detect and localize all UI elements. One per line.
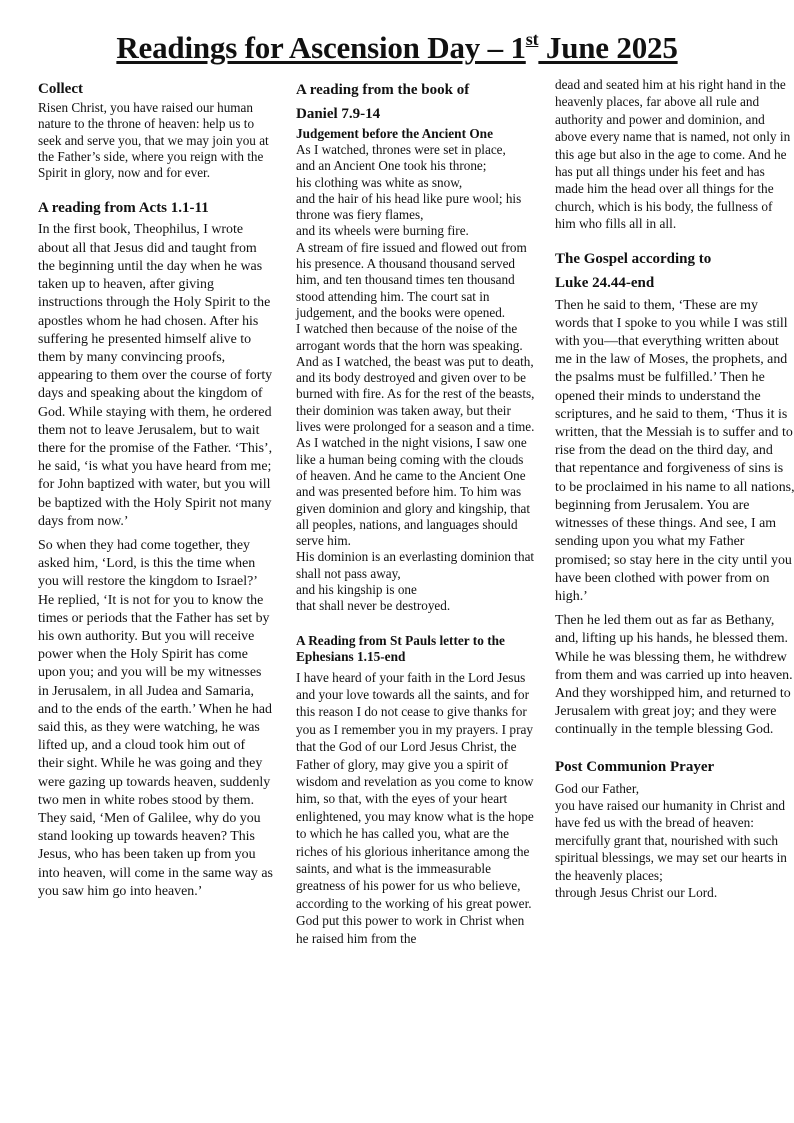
acts-paragraph-1: In the first book, Theophilus, I wrote a… <box>38 221 274 530</box>
title-end: June 2025 <box>538 30 677 65</box>
page-title: Readings for Ascension Day – 1st June 20… <box>0 28 794 68</box>
daniel-text: As I watched, thrones were set in place,… <box>296 142 536 615</box>
ephesians-heading: A Reading from St Pauls letter to the Ep… <box>296 633 536 665</box>
column-middle: A reading from the book of Daniel 7.9-14… <box>296 78 536 947</box>
collect-text: Risen Christ, you have raised our human … <box>38 100 274 181</box>
gospel-heading-line1: The Gospel according to <box>555 247 794 271</box>
gospel-heading-line2: Luke 24.44-end <box>555 271 794 295</box>
column-left: Collect Risen Christ, you have raised ou… <box>38 78 274 901</box>
collect-heading: Collect <box>38 78 274 100</box>
gospel-paragraph-1: Then he said to them, ‘These are my word… <box>555 297 794 606</box>
post-communion-text: God our Father, you have raised our huma… <box>555 780 794 902</box>
ephesians-text-part2: dead and seated him at his right hand in… <box>555 76 794 233</box>
daniel-heading-line2: Daniel 7.9-14 <box>296 102 536 126</box>
acts-paragraph-2: So when they had come together, they ask… <box>38 537 274 901</box>
column-right: dead and seated him at his right hand in… <box>555 76 794 901</box>
daniel-heading-line1: A reading from the book of <box>296 78 536 102</box>
post-communion-heading: Post Communion Prayer <box>555 756 794 778</box>
gospel-paragraph-2: Then he led them out as far as Bethany, … <box>555 612 794 739</box>
title-main: Readings for Ascension Day – 1 <box>116 30 525 65</box>
title-ordinal: st <box>526 29 539 49</box>
acts-heading: A reading from Acts 1.1-11 <box>38 197 274 219</box>
ephesians-text-part1: I have heard of your faith in the Lord J… <box>296 669 536 948</box>
daniel-subheading: Judgement before the Ancient One <box>296 126 536 142</box>
